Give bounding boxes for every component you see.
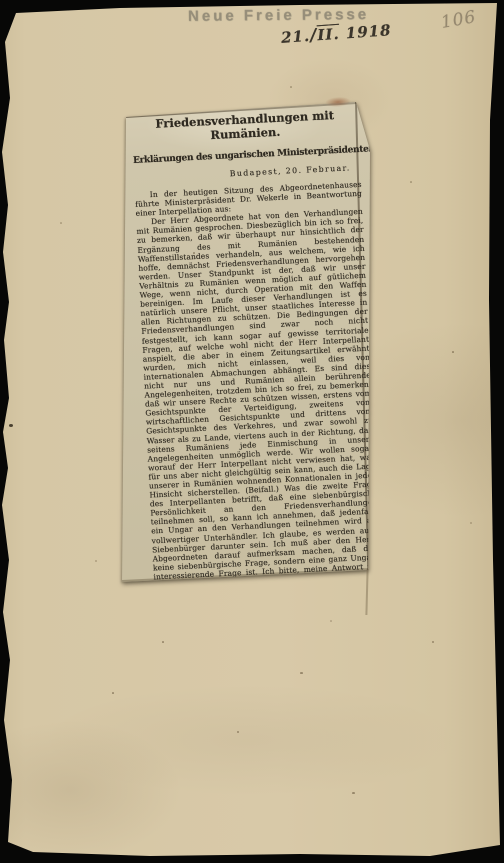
handwritten-date-day: 21. (281, 27, 311, 47)
scanned-album-page: Neue Freie Presse 21./II. 1918 106 Fried… (0, 0, 504, 863)
paper-speck (193, 252, 195, 254)
handwritten-date-month: II. (317, 25, 340, 45)
paper-speck (300, 672, 303, 674)
paper-speck (240, 197, 242, 199)
newspaper-name-stamp: Neue Freie Presse (188, 6, 358, 25)
clipping-body: In der heutigen Sitzung des Abgeordneten… (135, 180, 376, 594)
handwritten-date-year: 1918 (345, 21, 392, 42)
news-clipping-paper: Friedensverhandlungen mit Rumänien. Erkl… (114, 94, 376, 594)
clipping-paragraph: Der Herr Abgeordnete hat von den Verhand… (136, 207, 376, 590)
paper-speck (452, 351, 454, 353)
paper-speck (162, 641, 164, 643)
clipping-text-block: Friedensverhandlungen mit Rumänien. Erkl… (131, 107, 376, 594)
paper-speck (290, 86, 292, 88)
paper-speck (112, 692, 114, 694)
paper-speck (60, 222, 62, 224)
news-clipping: Friedensverhandlungen mit Rumänien. Erkl… (114, 94, 376, 594)
clipping-headline: Friedensverhandlungen mit Rumänien. (131, 107, 359, 146)
paper-speck (410, 181, 412, 183)
paper-speck (352, 792, 355, 794)
paper-speck (237, 731, 239, 733)
paper-speck (432, 641, 434, 643)
paper-speck (95, 560, 97, 562)
paper-speck (9, 424, 13, 427)
clipping-dateline: Budapest, 20. Februar. (134, 163, 351, 183)
clipping-paragraph: Die Antwort des Ministerpräsidenten wird… (154, 579, 376, 594)
paper-speck (470, 522, 472, 524)
paper-speck (330, 620, 332, 622)
